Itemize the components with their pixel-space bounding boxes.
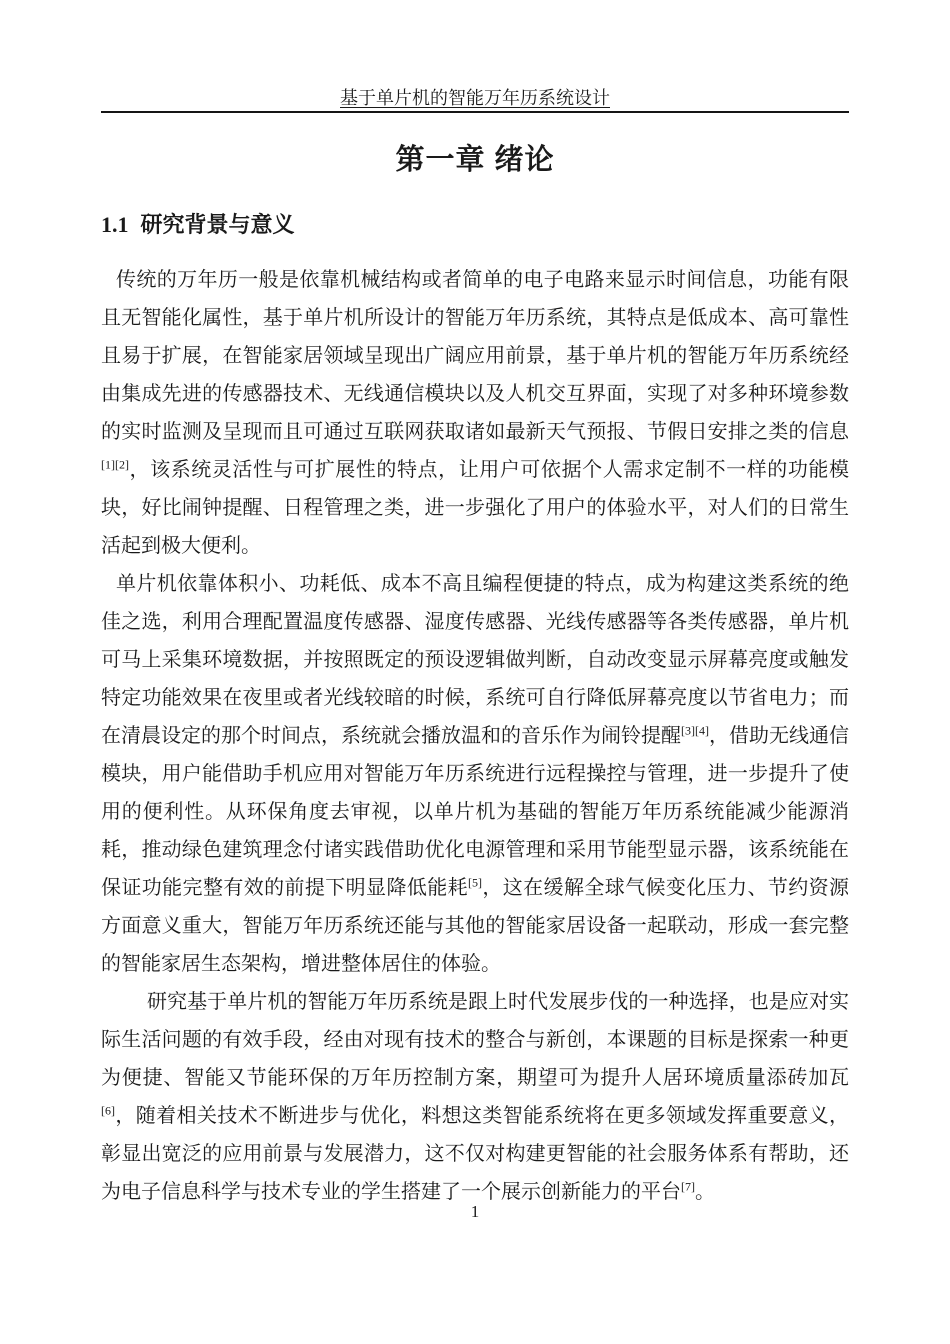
citation-superscript: [1][2] [101,457,129,471]
section-number: 1.1 [101,212,129,237]
section-title: 研究背景与意义 [141,212,295,237]
document-page: 基于单片机的智能万年历系统设计 第一章 绪论 1.1研究背景与意义 传统的万年历… [0,0,950,1344]
citation-superscript: [6] [101,1103,115,1117]
page-content: 基于单片机的智能万年历系统设计 第一章 绪论 1.1研究背景与意义 传统的万年历… [101,0,849,1211]
page-header: 基于单片机的智能万年历系统设计 [101,0,849,113]
paragraph-container: 传统的万年历一般是依靠机械结构或者简单的电子电路来显示时间信息，功能有限且无智能… [101,261,849,1211]
paragraph: 单片机依靠体积小、功耗低、成本不高且编程便捷的特点，成为构建这类系统的绝佳之选，… [101,565,849,983]
citation-superscript: [5] [468,875,482,889]
paragraph: 研究基于单片机的智能万年历系统是跟上时代发展步伐的一种选择，也是应对实际生活问题… [101,983,849,1211]
page-number: 1 [471,1202,480,1221]
chapter-title: 第一章 绪论 [101,144,849,176]
page-footer: 1 [0,1203,950,1220]
citation-superscript: [3][4] [681,723,709,737]
paragraph: 传统的万年历一般是依靠机械结构或者简单的电子电路来显示时间信息，功能有限且无智能… [101,261,849,565]
citation-superscript: [7] [681,1179,695,1193]
section-heading: 1.1研究背景与意义 [101,212,849,238]
header-rule: 基于单片机的智能万年历系统设计 [101,88,849,113]
running-head-title: 基于单片机的智能万年历系统设计 [340,88,610,108]
